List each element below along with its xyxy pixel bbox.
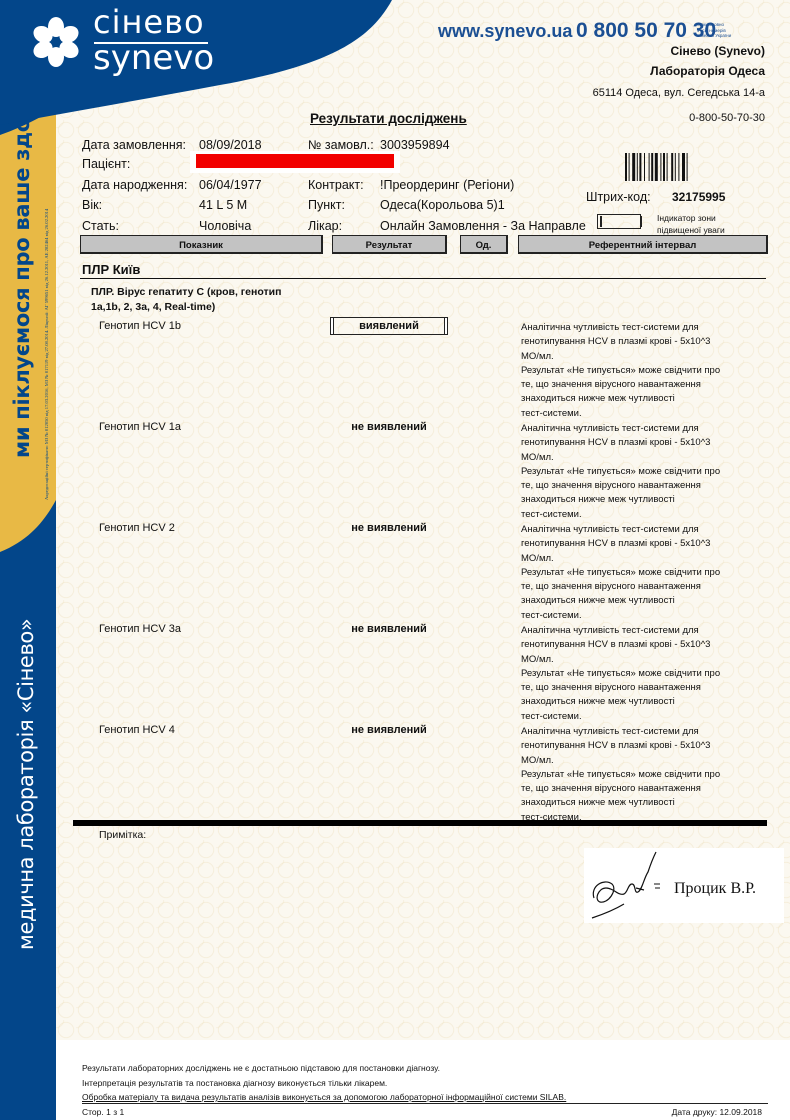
- result-value: не виявлений: [319, 724, 459, 736]
- column-header-result: Результат: [332, 235, 447, 254]
- order-date: 08/09/2018: [199, 138, 262, 152]
- brand-sidebar: ми піклуємося про ваше здоров'я Акредита…: [0, 0, 56, 1120]
- lab-branch: Лабораторія Одеса: [650, 64, 765, 78]
- reference-interval: Аналітична чутливість тест-системи дляге…: [521, 523, 761, 623]
- signer-name: Процик В.Р.: [674, 880, 756, 898]
- order-number-label: № замовл.:: [308, 138, 374, 152]
- point-label: Пункт:: [308, 198, 345, 212]
- page-number: Стор. 1 з 1: [82, 1107, 124, 1117]
- section-title: ПЛР Київ: [82, 262, 140, 277]
- column-header-reference: Референтний інтервал: [518, 235, 768, 254]
- indicator-label: Індикатор зони підвищеної уваги: [657, 212, 725, 236]
- lab-address: 65114 Одеса, вул. Сегедська 14-а: [593, 87, 765, 99]
- result-row-name: Генотип HCV 4: [99, 724, 175, 736]
- signature-icon: [584, 848, 664, 920]
- contract-label: Контракт:: [308, 178, 364, 192]
- result-value: не виявлений: [319, 421, 459, 433]
- reference-interval: Аналітична чутливість тест-системи дляге…: [521, 422, 761, 522]
- reference-interval: Аналітична чутливість тест-системи дляге…: [521, 624, 761, 724]
- barcode-value: 32175995: [672, 190, 725, 204]
- footer-disclaimer-2: Інтерпретація результатів та постановка …: [82, 1078, 387, 1088]
- print-date: Дата друку: 12.09.2018: [672, 1107, 762, 1117]
- contract: !Преордеринг (Регіони): [380, 178, 514, 192]
- doctor-label: Лікар:: [308, 219, 342, 233]
- synevo-flower-logo-icon: [26, 12, 86, 72]
- reference-interval: Аналітична чутливість тест-системи дляге…: [521, 321, 761, 421]
- result-row-name: Генотип HCV 2: [99, 522, 175, 534]
- logo-name-ua: сінево: [93, 3, 205, 41]
- column-header-indicator: Показник: [80, 235, 323, 254]
- hotline-note: безкоштовно з усіх номерів в межах Украї…: [697, 22, 731, 39]
- dob: 06/04/1977: [199, 178, 262, 192]
- order-date-label: Дата замовлення:: [82, 138, 186, 152]
- order-number: 3003959894: [380, 138, 450, 152]
- results-end-rule: [73, 820, 767, 826]
- result-value-flagged: виявлений: [330, 317, 448, 335]
- result-row-name: Генотип HCV 3а: [99, 623, 181, 635]
- test-group-title: ПЛР. Вірус гепатиту С (кров, генотип 1а,…: [91, 285, 281, 315]
- column-header-unit: Од.: [460, 235, 508, 254]
- patient-name-redacted: [196, 154, 394, 168]
- sex: Чоловіча: [199, 219, 251, 233]
- section-divider: [80, 278, 766, 279]
- collection-point: Одеса(Корольова 5)1: [380, 198, 505, 212]
- indicator-box: [597, 214, 641, 229]
- barcode-icon: [625, 153, 719, 181]
- page-title: Результати досліджень: [310, 111, 467, 126]
- result-value: не виявлений: [319, 522, 459, 534]
- doctor: Онлайн Замовлення - За Направленн: [380, 219, 586, 233]
- footer-disclaimer-1: Результати лабораторних досліджень не є …: [82, 1063, 440, 1073]
- note-label: Примітка:: [99, 829, 146, 841]
- patient-label: Пацієнт:: [82, 157, 130, 171]
- sex-label: Стать:: [82, 219, 119, 233]
- reference-interval: Аналітична чутливість тест-системи дляге…: [521, 725, 761, 825]
- footer-divider: [82, 1103, 768, 1104]
- lab-tagline: медична лабораторія «Сінево»: [14, 619, 38, 950]
- barcode-label: Штрих-код:: [586, 190, 651, 204]
- footer-disclaimer-3: Обробка матеріалу та видача результатів …: [82, 1092, 566, 1102]
- lab-name: Сінево (Synevo): [671, 44, 765, 58]
- age-label: Вік:: [82, 198, 102, 212]
- website-link[interactable]: www.synevo.ua: [438, 21, 572, 42]
- result-row-name: Генотип HCV 1а: [99, 421, 181, 433]
- dob-label: Дата народження:: [82, 178, 187, 192]
- hotline-number: 0 800 50 70 30: [576, 19, 716, 43]
- result-value: не виявлений: [319, 623, 459, 635]
- signature-area: Процик В.Р.: [584, 848, 784, 923]
- result-row-name: Генотип HCV 1b: [99, 320, 181, 332]
- logo-name-en: synevo: [93, 38, 214, 78]
- age: 41 L 5 M: [199, 198, 247, 212]
- accreditation-text: Акредитаційні сертифікати: МЗ № 012050 в…: [44, 209, 49, 500]
- lab-phone: 0-800-50-70-30: [689, 112, 765, 124]
